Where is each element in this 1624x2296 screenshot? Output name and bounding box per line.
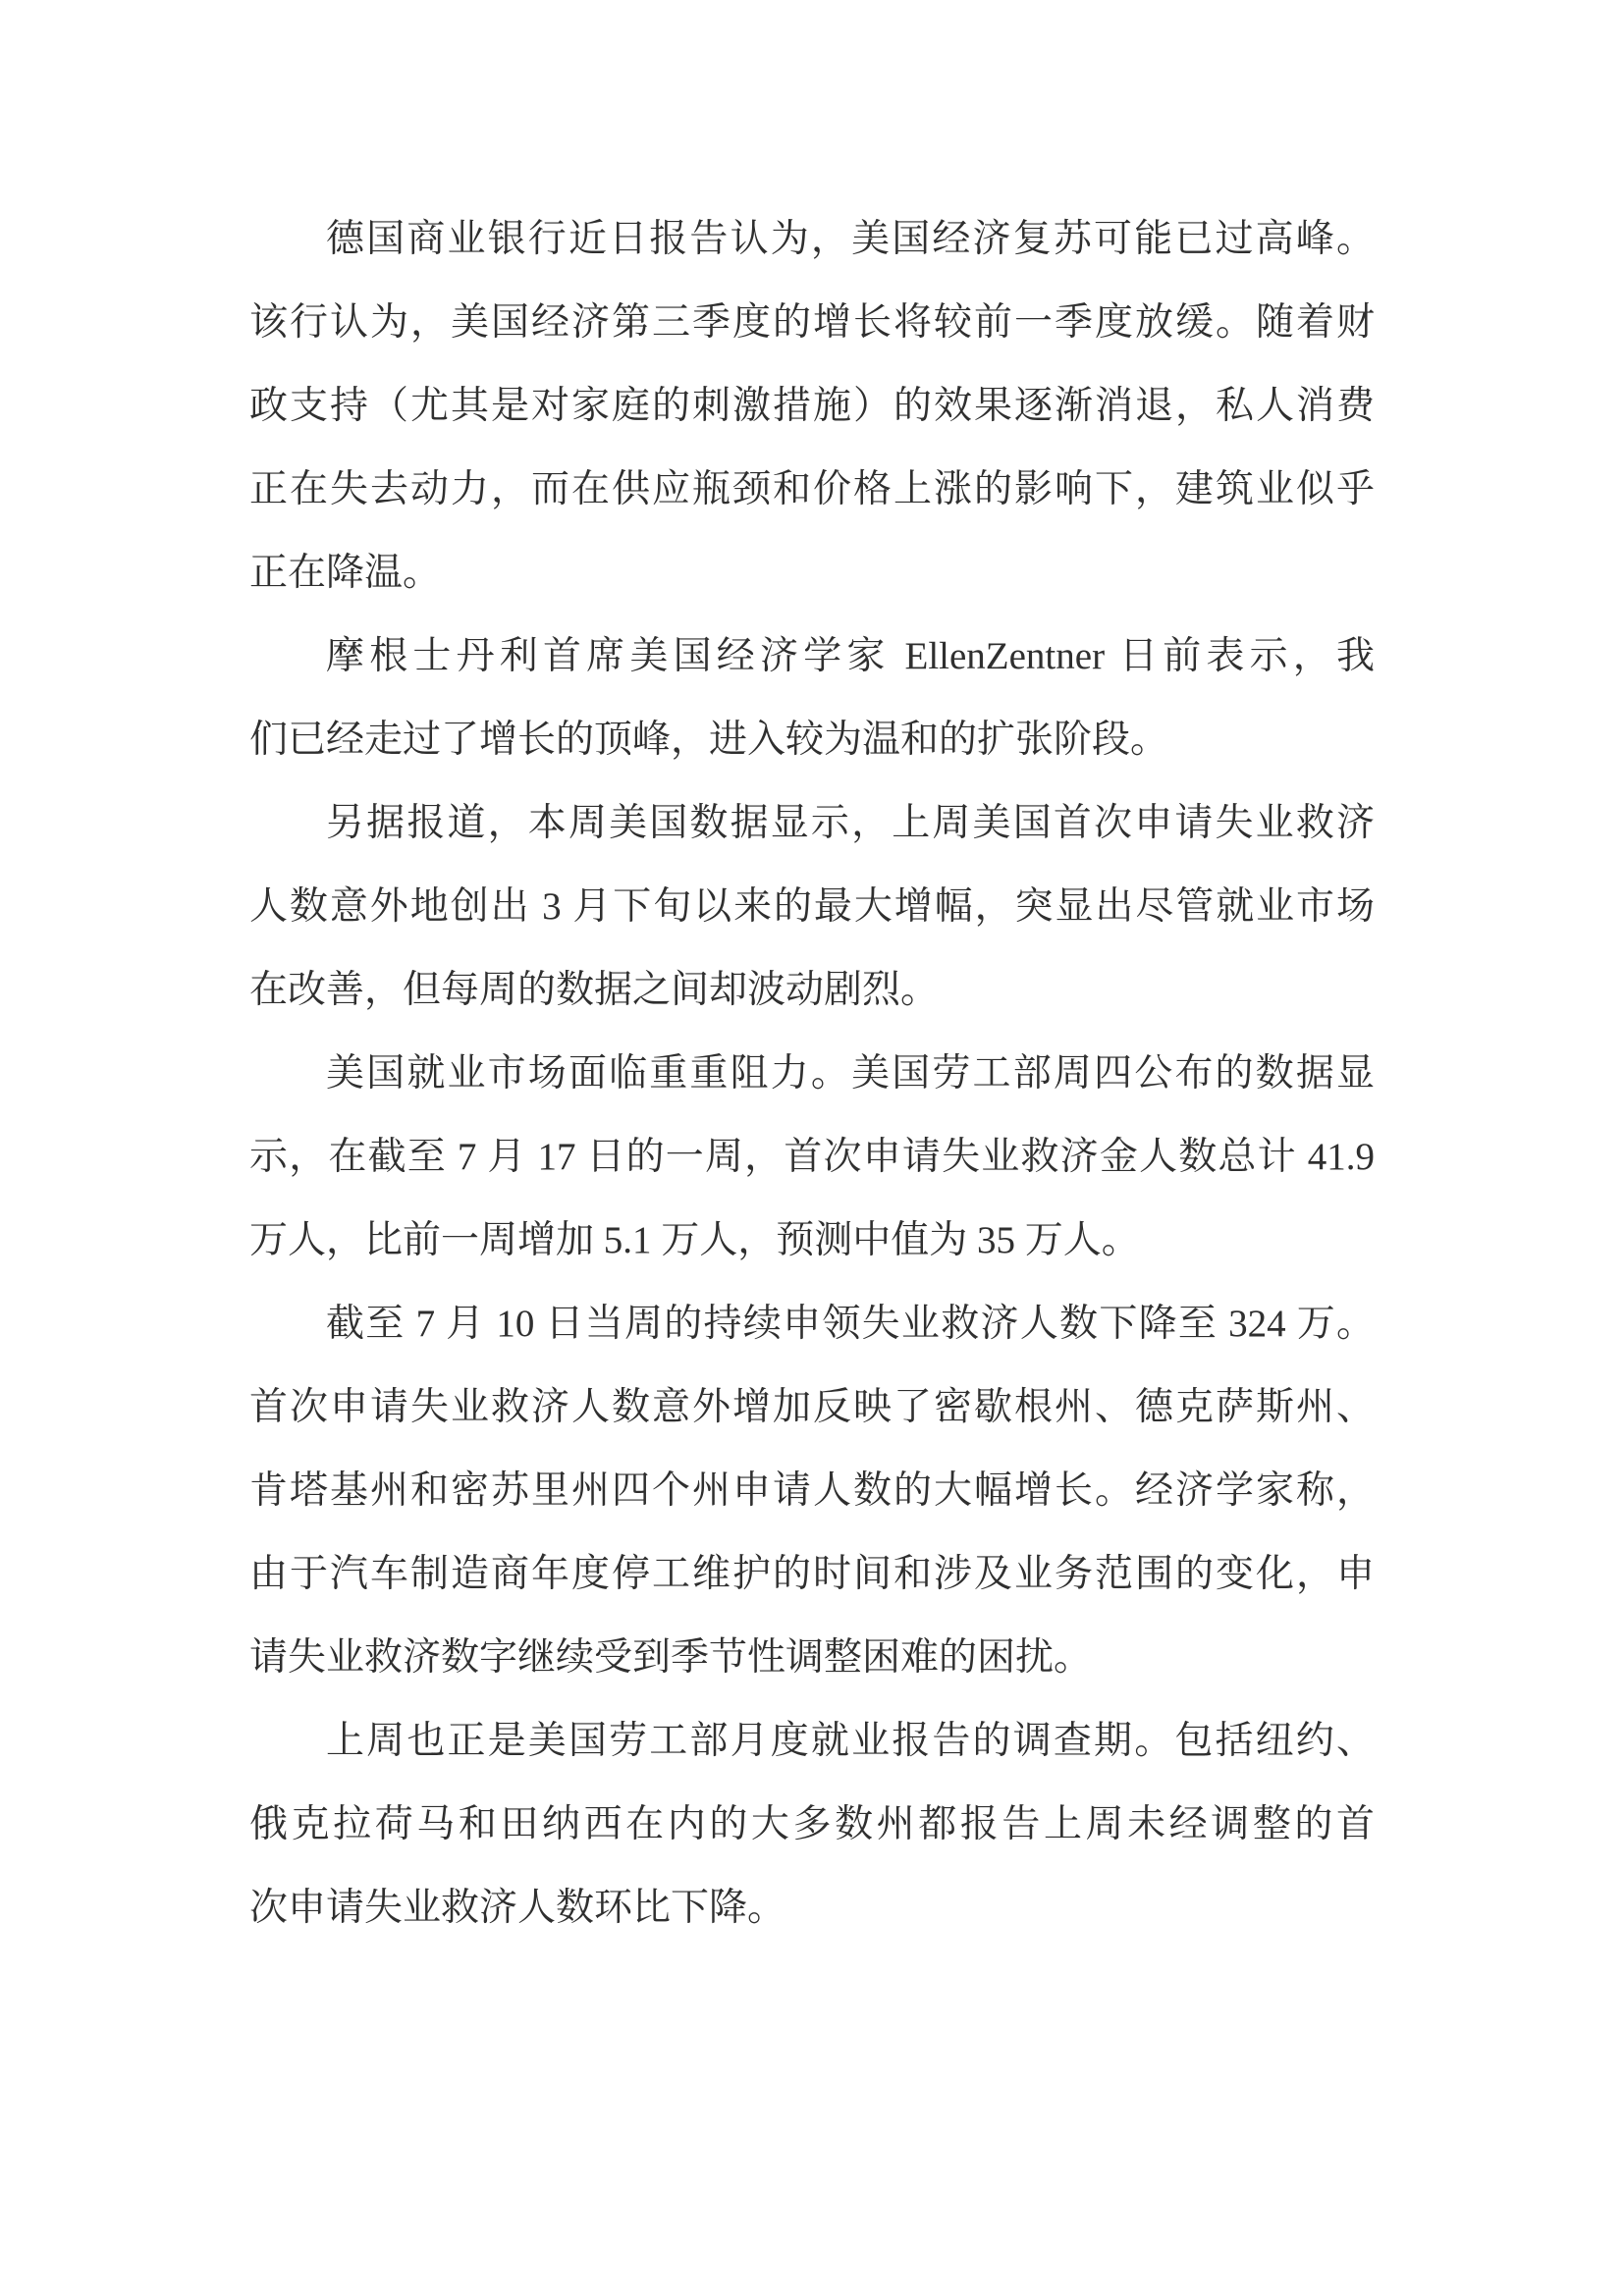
text-line: 该行认为，美国经济第三季度的增长将较前一季度放缓。随着财 [249,281,1375,364]
text-line: 示，在截至 7 月 17 日的一周，首次申请失业救济金人数总计 41.9 [249,1115,1375,1199]
paragraph: 摩根士丹利首席美国经济学家 EllenZentner 日前表示，我们已经走过了增… [249,614,1375,781]
paragraph: 上周也正是美国劳工部月度就业报告的调查期。包括纽约、俄克拉荷马和田纳西在内的大多… [249,1699,1375,1949]
paragraph: 截至 7 月 10 日当周的持续申领失业救济人数下降至 324 万。首次申请失业… [249,1282,1375,1699]
text-line: 摩根士丹利首席美国经济学家 EllenZentner 日前表示，我 [249,614,1375,698]
text-line: 万人，比前一周增加 5.1 万人，预测中值为 35 万人。 [249,1199,1375,1282]
paragraph: 另据报道，本周美国数据显示，上周美国首次申请失业救济人数意外地创出 3 月下旬以… [249,781,1375,1032]
text-line: 首次申请失业救济人数意外增加反映了密歇根州、德克萨斯州、 [249,1365,1375,1449]
text-line: 次申请失业救济人数环比下降。 [249,1866,1375,1949]
text-line: 政支持（尤其是对家庭的刺激措施）的效果逐渐消退，私人消费 [249,364,1375,448]
text-line: 俄克拉荷马和田纳西在内的大多数州都报告上周未经调整的首 [249,1783,1375,1866]
text-line: 德国商业银行近日报告认为，美国经济复苏可能已过高峰。 [249,197,1375,281]
text-line: 正在失去动力，而在供应瓶颈和价格上涨的影响下，建筑业似乎 [249,448,1375,531]
text-line: 在改善，但每周的数据之间却波动剧烈。 [249,948,1375,1032]
paragraph: 德国商业银行近日报告认为，美国经济复苏可能已过高峰。该行认为，美国经济第三季度的… [249,197,1375,614]
document-page: 德国商业银行近日报告认为，美国经济复苏可能已过高峰。该行认为，美国经济第三季度的… [0,0,1624,2296]
document-text-block: 德国商业银行近日报告认为，美国经济复苏可能已过高峰。该行认为，美国经济第三季度的… [249,197,1375,1949]
text-line: 截至 7 月 10 日当周的持续申领失业救济人数下降至 324 万。 [249,1282,1375,1365]
text-line: 请失业救济数字继续受到季节性调整困难的困扰。 [249,1616,1375,1699]
text-line: 人数意外地创出 3 月下旬以来的最大增幅，突显出尽管就业市场 [249,865,1375,948]
text-line: 由于汽车制造商年度停工维护的时间和涉及业务范围的变化，申 [249,1532,1375,1616]
text-line: 们已经走过了增长的顶峰，进入较为温和的扩张阶段。 [249,698,1375,781]
text-line: 肯塔基州和密苏里州四个州申请人数的大幅增长。经济学家称， [249,1449,1375,1532]
text-line: 正在降温。 [249,531,1375,614]
text-line: 上周也正是美国劳工部月度就业报告的调查期。包括纽约、 [249,1699,1375,1783]
paragraph: 美国就业市场面临重重阻力。美国劳工部周四公布的数据显示，在截至 7 月 17 日… [249,1032,1375,1282]
text-line: 美国就业市场面临重重阻力。美国劳工部周四公布的数据显 [249,1032,1375,1115]
text-line: 另据报道，本周美国数据显示，上周美国首次申请失业救济 [249,781,1375,865]
